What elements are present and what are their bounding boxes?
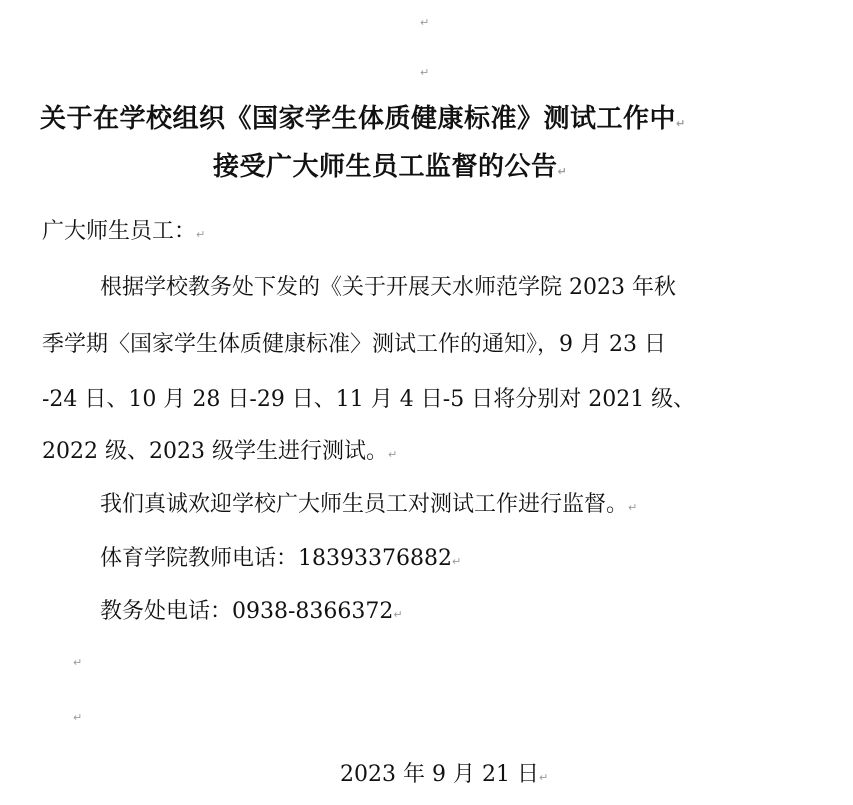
salutation: 广大师生员工：↵ [42, 214, 205, 245]
paragraph-mark: ↵ [676, 117, 686, 130]
body-line-4: 2022 级、2023 级学生进行测试。↵ [42, 434, 397, 465]
body-line-1: 根据学校教务处下发的《关于开展天水师范学院 2023 年秋 [100, 270, 676, 301]
body-line-2: 季学期〈国家学生体质健康标准〉测试工作的通知》，9 月 23 日 [42, 327, 666, 358]
body-line-3: -24 日、10 月 28 日-29 日、11 月 4 日-5 日将分别对 20… [42, 382, 695, 413]
date-line: 2023 年 9 月 21 日↵ [340, 757, 548, 788]
paragraph-mark: ↵ [628, 501, 637, 514]
paragraph-mark: ↵ [73, 711, 82, 724]
contact-academic-office: 教务处电话：0938-8366372↵ [100, 594, 403, 625]
paragraph-mark: ↵ [420, 66, 429, 79]
paragraph-mark: ↵ [196, 228, 205, 241]
contact-pe-college: 体育学院教师电话：18393376882↵ [100, 541, 461, 572]
paragraph-mark: ↵ [558, 165, 568, 178]
paragraph-mark: ↵ [388, 448, 397, 461]
paragraph-mark: ↵ [452, 555, 461, 568]
paragraph-mark: ↵ [73, 656, 82, 669]
welcome-line: 我们真诚欢迎学校广大师生员工对测试工作进行监督。↵ [100, 487, 637, 518]
title-line-1: 关于在学校组织《国家学生体质健康标准》测试工作中↵ [40, 98, 686, 135]
paragraph-mark: ↵ [393, 608, 402, 621]
paragraph-mark: ↵ [420, 16, 429, 29]
title-line-2: 接受广大师生员工监督的公告↵ [213, 146, 567, 183]
paragraph-mark: ↵ [539, 771, 548, 784]
